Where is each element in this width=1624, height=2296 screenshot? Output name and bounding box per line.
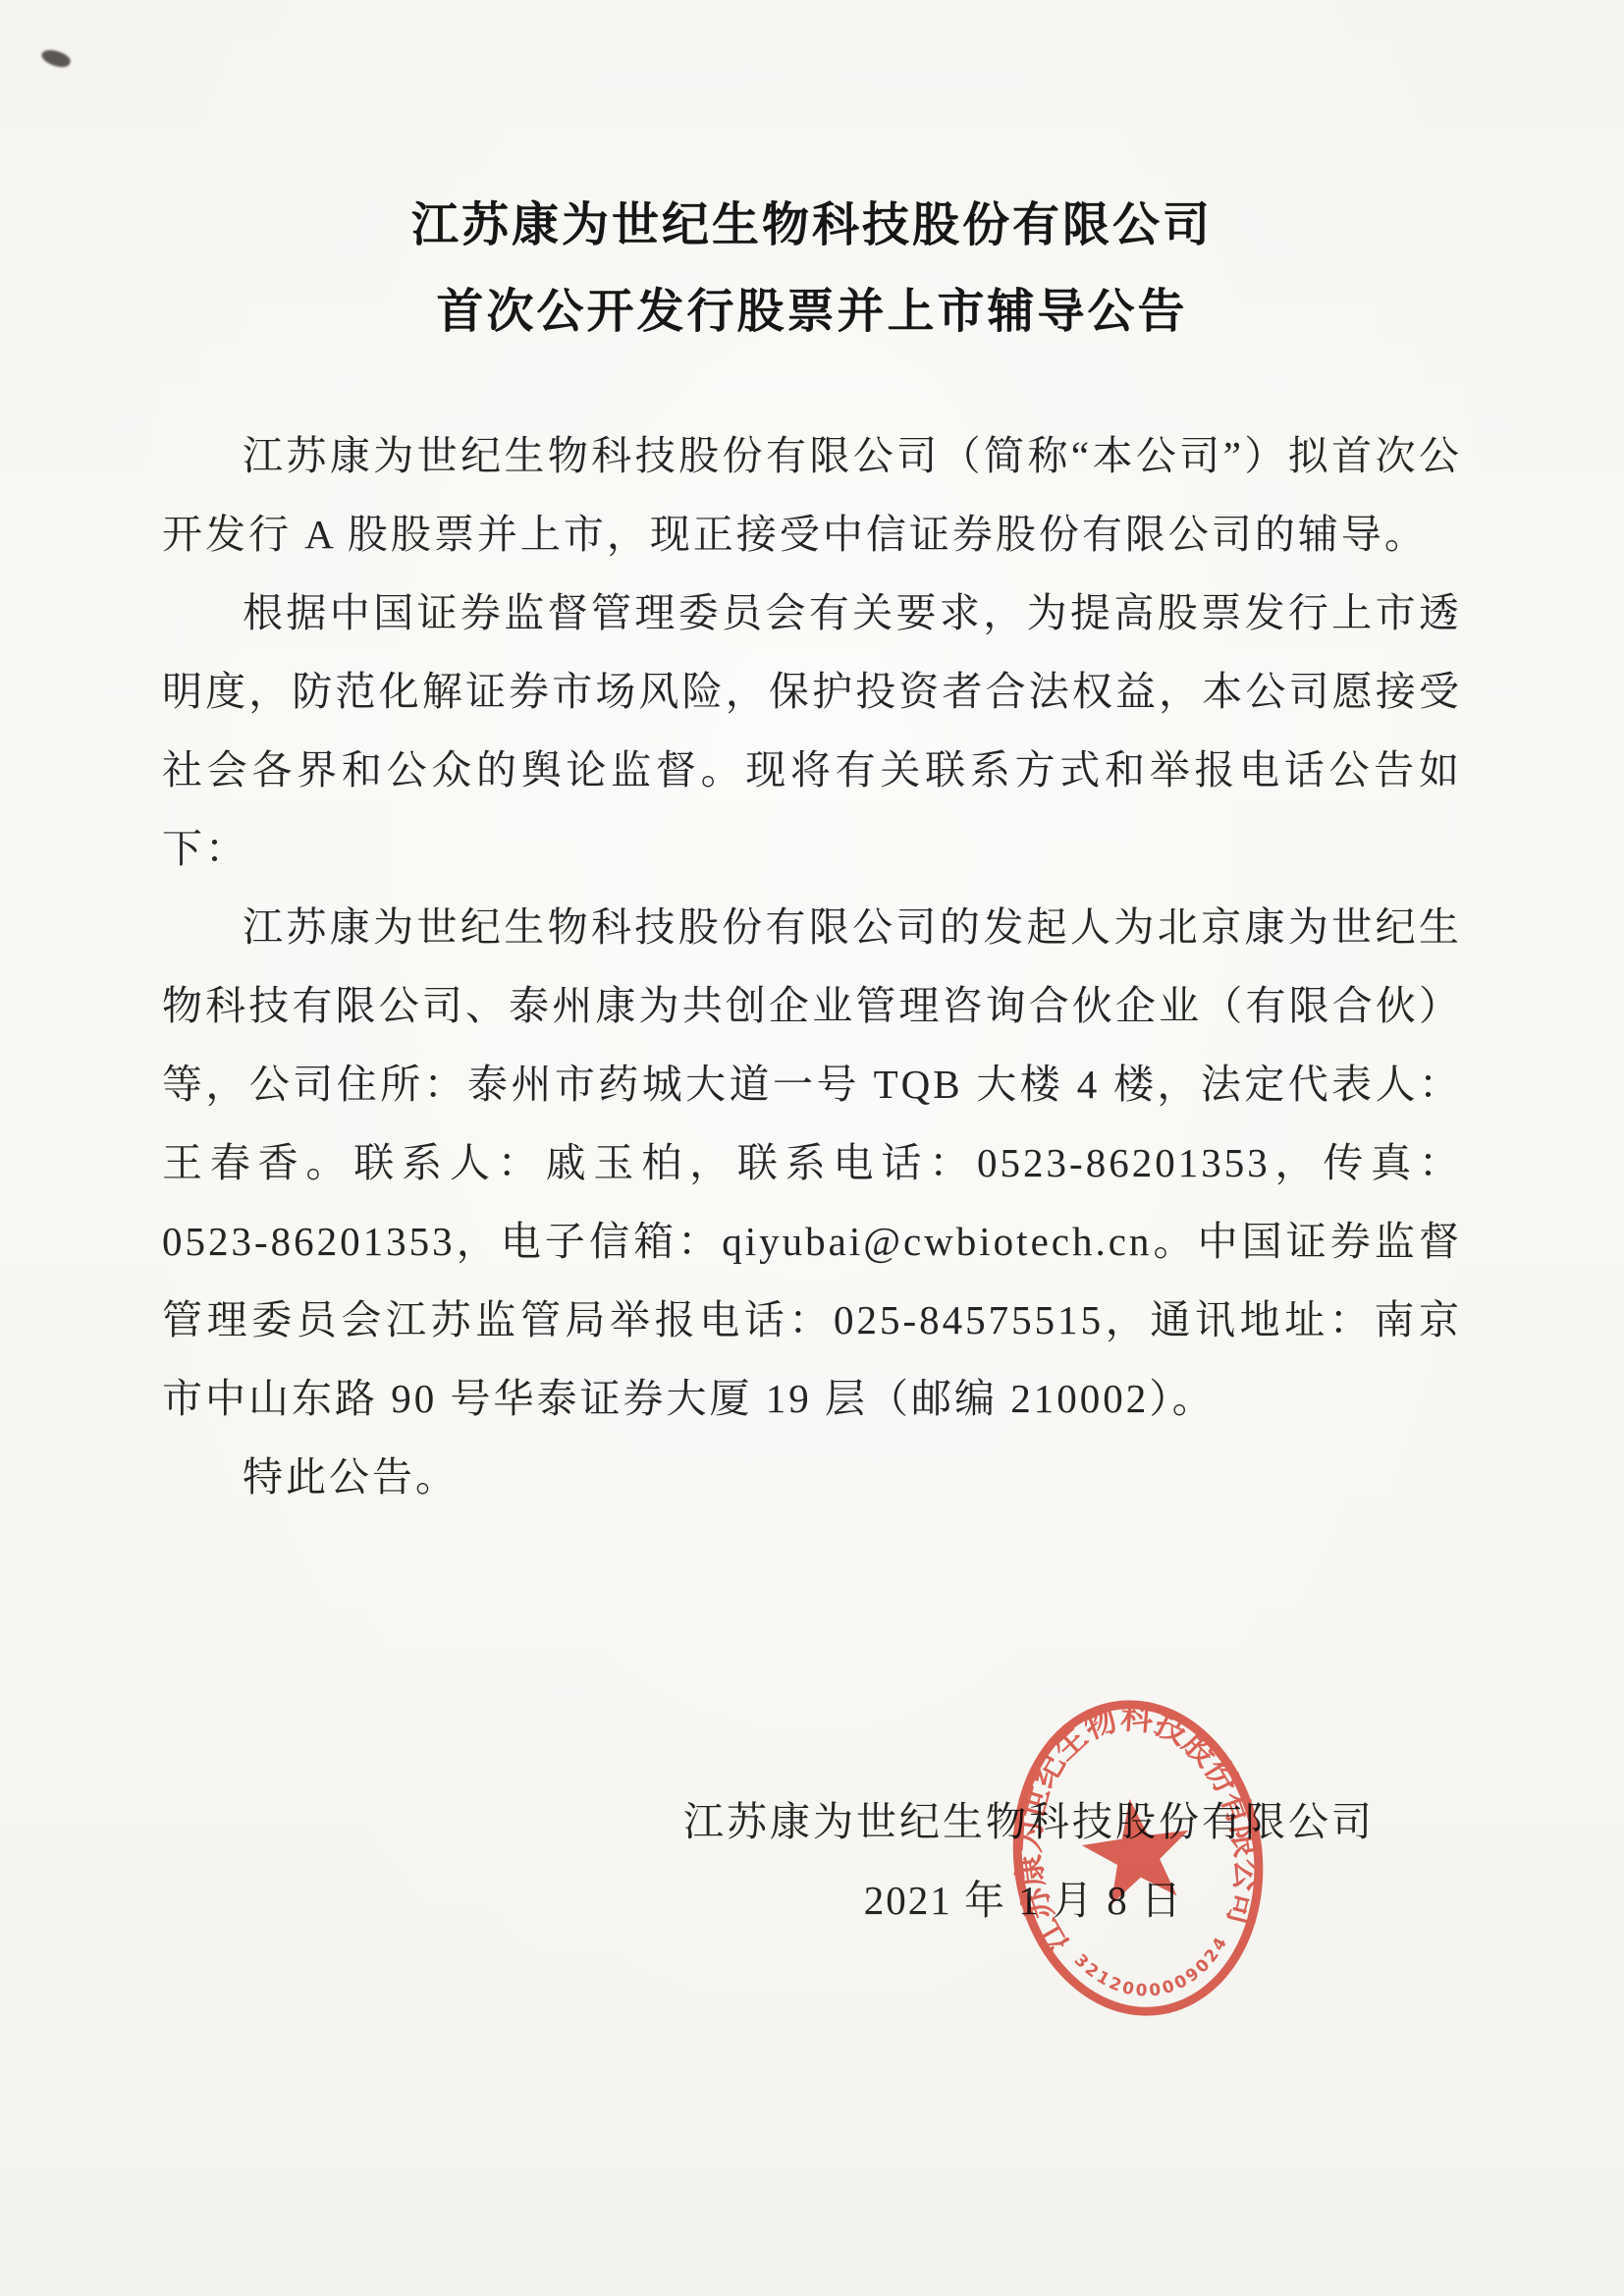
paragraph-intro: 江苏康为世纪生物科技股份有限公司（简称“本公司”）拟首次公开发行 A 股股票并上… xyxy=(162,416,1462,574)
paragraph-contact-details: 江苏康为世纪生物科技股份有限公司的发起人为北京康为世纪生物科技有限公司、泰州康为… xyxy=(162,888,1462,1438)
document-page: 江苏康为世纪生物科技股份有限公司 首次公开发行股票并上市辅导公告 江苏康为世纪生… xyxy=(0,0,1624,2296)
seal-star-icon xyxy=(1076,1791,1197,1907)
document-title: 江苏康为世纪生物科技股份有限公司 首次公开发行股票并上市辅导公告 xyxy=(0,0,1624,355)
paragraph-closing: 特此公告。 xyxy=(162,1438,1462,1516)
document-title-line2: 首次公开发行股票并上市辅导公告 xyxy=(0,269,1624,355)
company-seal: 江苏康为世纪生物科技股份有限公司 3212000009024 xyxy=(990,1679,1286,2038)
paragraph-csrc-requirements: 根据中国证券监督管理委员会有关要求，为提高股票发行上市透明度，防范化解证券市场风… xyxy=(162,574,1462,888)
document-title-line1: 江苏康为世纪生物科技股份有限公司 xyxy=(0,183,1624,269)
document-body: 江苏康为世纪生物科技股份有限公司（简称“本公司”）拟首次公开发行 A 股股票并上… xyxy=(0,416,1624,1516)
